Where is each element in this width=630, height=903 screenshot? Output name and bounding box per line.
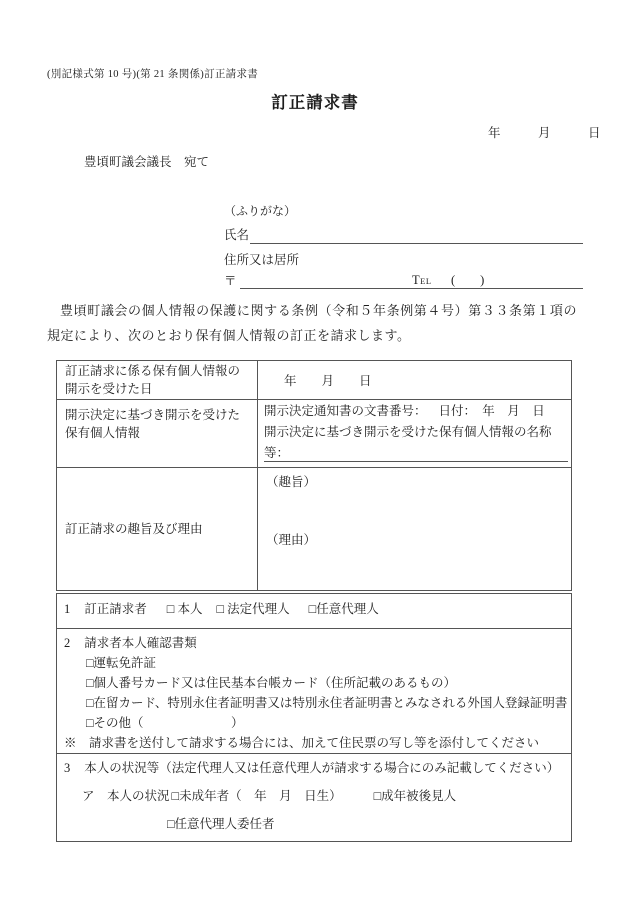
furigana-label: （ふりがな） (224, 202, 296, 219)
table-row: 2請求者本人確認書類 □運転免許証 □個人番号カード又は住民基本台帳カード（住所… (57, 629, 572, 754)
request-details-table: 訂正請求に係る保有個人情報の開示を受けた日 年 月 日 開示決定に基づき開示を受… (56, 360, 572, 591)
disclosure-date-value: 年 月 日 (258, 361, 572, 400)
page-title: 訂正請求書 (0, 89, 630, 113)
addressee-line: 豊頃町議会議長 宛て (84, 152, 209, 170)
name-fill-line (250, 243, 583, 244)
checkbox-residence-card: □在留カード、特別永住者証明書又は特別永住者証明書とみなされる外国人登録証明書 (64, 693, 571, 713)
principal-status-label: 本人の状況等（法定代理人又は任意代理人が請求する場合にのみ記載してください） (84, 761, 559, 775)
tel-parens: ( ) (451, 270, 484, 288)
purport-heading: （趣旨） (266, 474, 563, 491)
info-name-line: 開示決定に基づき開示を受けた保有個人情報の名称等： (264, 422, 565, 464)
applicant-info-table: 1訂正請求者□ 本人□ 法定代理人□任意代理人 2請求者本人確認書類 □運転免許… (56, 593, 572, 842)
document-page: (別記様式第 10 号)(第 21 条関係)訂正請求書 訂正請求書 年 月 日 … (0, 0, 630, 903)
checkbox-minor: □未成年者（ 年 月 日生） (172, 789, 342, 803)
table-row: 訂正請求の趣旨及び理由 （趣旨） （理由） (57, 468, 572, 591)
date-blank-line: 年 月 日 (488, 123, 601, 141)
checkbox-adult-ward: □成年被後見人 (374, 789, 457, 803)
tel-label: TEL (412, 273, 432, 288)
principal-status-sub-label: ア 本人の状況 (82, 789, 170, 803)
checkbox-legal-rep: □ 法定代理人 (216, 602, 289, 616)
table-row: 訂正請求に係る保有個人情報の開示を受けた日 年 月 日 (57, 361, 572, 400)
disclosed-info-label: 開示決定に基づき開示を受けた保有個人情報 (57, 400, 258, 468)
body-paragraph: 豊頃町議会の個人情報の保護に関する条例（令和５年条例第４号）第３３条第１項の規定… (47, 298, 577, 348)
item-number-1: 1 (64, 602, 70, 616)
principal-status-row: 3本人の状況等（法定代理人又は任意代理人が請求する場合にのみ記載してください） … (57, 754, 572, 842)
applicant-type-row: 1訂正請求者□ 本人□ 法定代理人□任意代理人 (57, 594, 572, 629)
table-row: 3本人の状況等（法定代理人又は任意代理人が請求する場合にのみ記載してください） … (57, 754, 572, 842)
purport-reason-value: （趣旨） （理由） (258, 468, 572, 591)
doc-date-label: 日付： 年 月 日 (439, 404, 545, 418)
reason-heading: （理由） (266, 532, 563, 549)
checkbox-mynumber-card: □個人番号カード又は住民基本台帳カード（住所記載のあるもの） (64, 673, 571, 693)
disclosure-date-label: 訂正請求に係る保有個人情報の開示を受けた日 (57, 361, 258, 400)
identity-docs-row: 2請求者本人確認書類 □運転免許証 □個人番号カード又は住民基本台帳カード（住所… (57, 629, 572, 754)
name-label: 氏名 (224, 225, 249, 243)
identity-docs-label: 請求者本人確認書類 (84, 636, 197, 650)
table-row: 1訂正請求者□ 本人□ 法定代理人□任意代理人 (57, 594, 572, 629)
identity-docs-heading: 2請求者本人確認書類 (64, 633, 571, 653)
item-number-3: 3 (64, 761, 70, 775)
address-label: 住所又は居所 (224, 250, 299, 268)
item-number-2: 2 (64, 636, 70, 650)
info-name-fill-line (264, 461, 568, 462)
checkbox-voluntary-rep: □任意代理人 (309, 602, 379, 616)
form-reference-line: (別記様式第 10 号)(第 21 条関係)訂正請求書 (47, 66, 258, 81)
principal-status-heading: 3本人の状況等（法定代理人又は任意代理人が請求する場合にのみ記載してください） (64, 760, 571, 776)
applicant-type-label: 訂正請求者 (84, 602, 147, 616)
mail-attachment-note: ※ 請求書を送付して請求する場合には、加えて住民票の写し等を添付してください (64, 733, 571, 753)
doc-number-line: 開示決定通知書の文書番号：日付： 年 月 日 (264, 401, 565, 422)
table-row: 開示決定に基づき開示を受けた保有個人情報 開示決定通知書の文書番号：日付： 年 … (57, 400, 572, 468)
postal-fill-line (240, 288, 583, 289)
principal-status-options: ア 本人の状況□未成年者（ 年 月 日生）□成年被後見人 (64, 788, 571, 804)
checkbox-voluntary-delegator: □任意代理人委任者 (64, 816, 571, 832)
checkbox-other: □その他（ ） (64, 713, 571, 733)
checkbox-drivers-license: □運転免許証 (64, 653, 571, 673)
checkbox-self: □ 本人 (167, 602, 203, 616)
disclosed-info-value: 開示決定通知書の文書番号：日付： 年 月 日 開示決定に基づき開示を受けた保有個… (258, 400, 572, 468)
purport-reason-label: 訂正請求の趣旨及び理由 (57, 468, 258, 591)
postal-mark: 〒 (224, 271, 237, 289)
doc-number-label: 開示決定通知書の文書番号： (264, 404, 427, 418)
